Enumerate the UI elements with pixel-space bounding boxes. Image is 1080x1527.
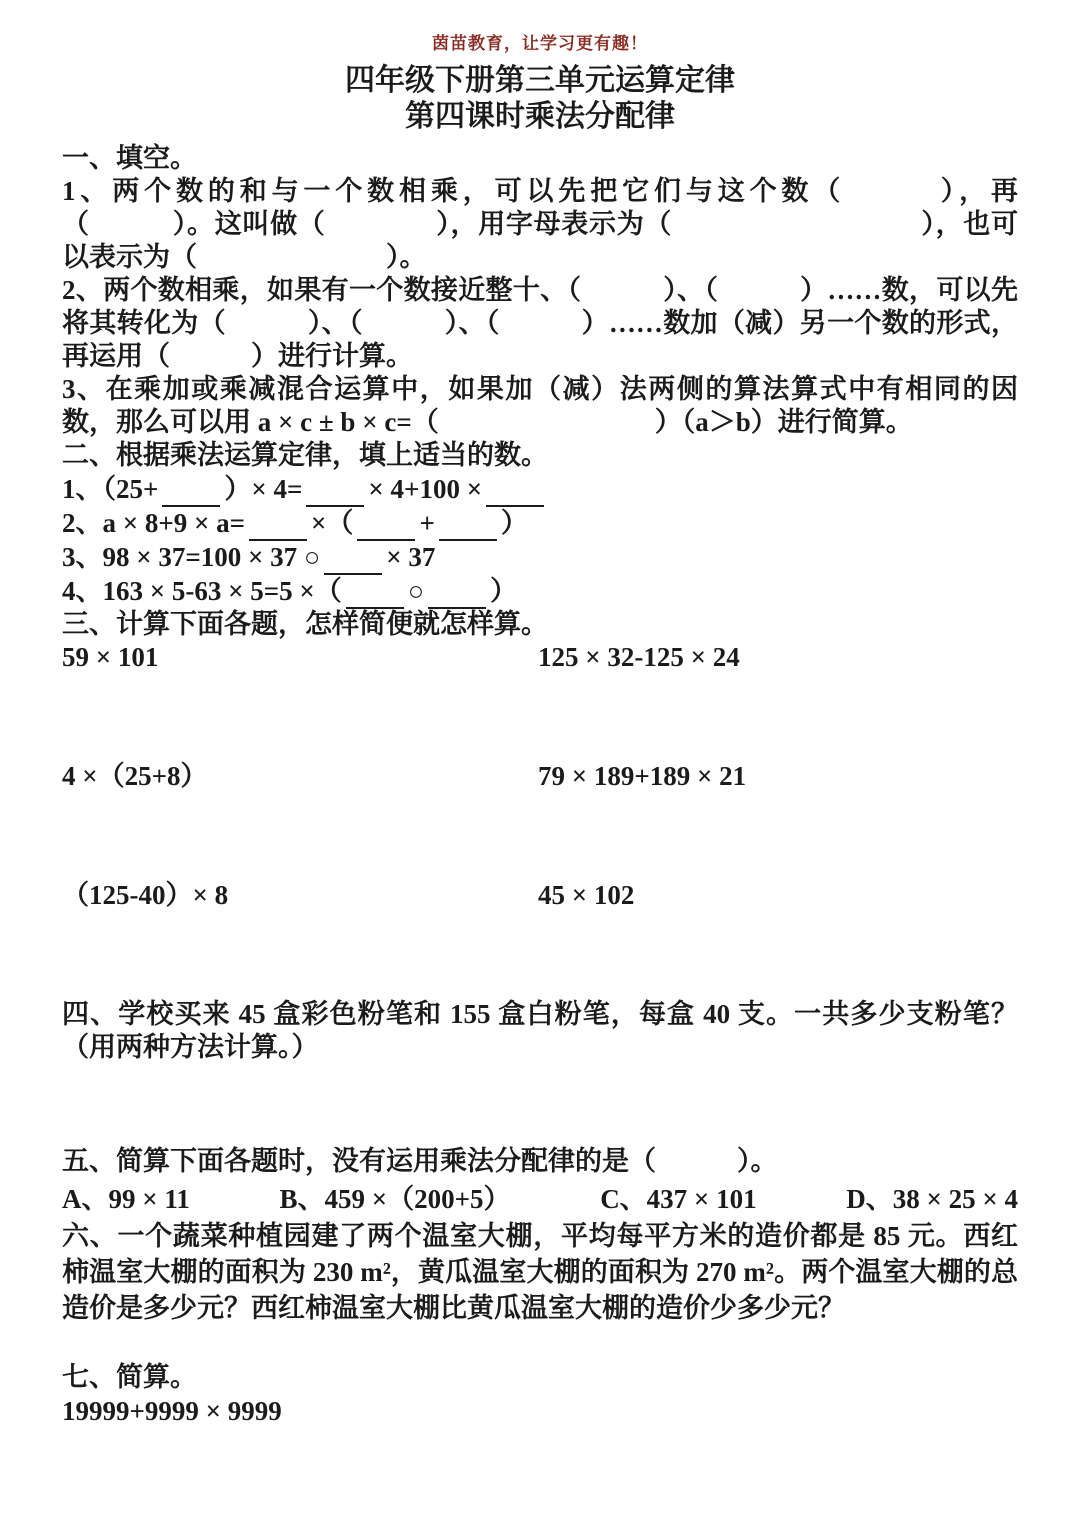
section2-question-4: 4、163 × 5-63 × 5=5 ×（○） <box>62 574 1018 608</box>
formula-text: ） <box>501 508 528 538</box>
calc-problem-6: 45 × 102 <box>538 879 1018 998</box>
worksheet-subtitle: 第四课时乘法分配律 <box>0 100 1080 134</box>
section7-heading: 七、简算。 <box>62 1361 1018 1394</box>
calculation-grid: 59 × 101 125 × 32-125 × 24 4 ×（25+8） 79 … <box>62 641 1018 998</box>
answer-blank <box>439 515 497 541</box>
calc-problem-1: 59 × 101 <box>62 641 538 760</box>
formula-text: × 37 <box>386 542 435 572</box>
section5-heading: 五、简算下面各题时，没有运用乘法分配律的是（ ）。 <box>62 1142 1018 1180</box>
choice-option-c: C、437 × 101 <box>600 1180 756 1218</box>
answer-blank <box>306 481 364 507</box>
section1-question-1: 1、两个数的和与一个数相乘，可以先把它们与这个数（ ），再（ ）。这叫做（ ），… <box>62 175 1018 274</box>
answer-blank <box>346 583 404 609</box>
formula-text: × 4+100 × <box>368 474 482 504</box>
formula-text: + <box>419 508 434 538</box>
section1-question-3: 3、在乘加或乘减混合运算中，如果加（减）法两侧的算法算式中有相同的因数，那么可以… <box>62 373 1018 439</box>
formula-text: ） <box>490 576 517 606</box>
formula-text: ）× 4= <box>224 474 302 504</box>
section3-heading: 三、计算下面各题，怎样简便就怎样算。 <box>62 608 1018 641</box>
calc-problem-3: 4 ×（25+8） <box>62 760 538 879</box>
brand-slogan: 茵苗教育，让学习更有趣！ <box>0 0 1080 54</box>
formula-text: 3、98 × 37=100 × 37 ○ <box>62 542 320 572</box>
worksheet-page: 茵苗教育，让学习更有趣！ 四年级下册第三单元运算定律 第四课时乘法分配律 一、填… <box>0 0 1080 1527</box>
worksheet-body: 一、填空。 1、两个数的和与一个数相乘，可以先把它们与这个数（ ），再（ ）。这… <box>62 142 1018 1428</box>
section2-question-2: 2、a × 8+9 × a=×（+） <box>62 506 1018 540</box>
answer-blank <box>486 481 544 507</box>
worksheet-title: 四年级下册第三单元运算定律 <box>0 64 1080 98</box>
choice-option-a: A、99 × 11 <box>62 1180 190 1218</box>
formula-text: 1、（25+ <box>62 474 158 504</box>
answer-blank <box>357 515 415 541</box>
choice-option-b: B、459 ×（200+5） <box>280 1180 511 1218</box>
formula-text: 2、a × 8+9 × a= <box>62 508 245 538</box>
section2-heading: 二、根据乘法运算定律，填上适当的数。 <box>62 439 1018 472</box>
section2-question-1: 1、（25+）× 4=× 4+100 × <box>62 472 1018 506</box>
section4-question: 四、学校买来 45 盒彩色粉笔和 155 盒白粉笔，每盒 40 支。一共多少支粉… <box>62 998 1018 1064</box>
calc-problem-5: （125-40）× 8 <box>62 879 538 998</box>
answer-blank <box>249 515 307 541</box>
calc-problem-4: 79 × 189+189 × 21 <box>538 760 1018 879</box>
answer-blank <box>324 549 382 575</box>
working-space <box>62 1064 1018 1142</box>
answer-blank <box>428 583 486 609</box>
choice-option-d: D、38 × 25 × 4 <box>846 1180 1018 1218</box>
section6-question: 六、一个蔬菜种植园建了两个温室大棚，平均每平方米的造价都是 85 元。西红柿温室… <box>62 1218 1018 1326</box>
section2-question-3: 3、98 × 37=100 × 37 ○× 37 <box>62 540 1018 574</box>
section7-expression: 19999+9999 × 9999 <box>62 1394 1018 1428</box>
calc-problem-2: 125 × 32-125 × 24 <box>538 641 1018 760</box>
answer-blank <box>162 481 220 507</box>
formula-text: ×（ <box>311 508 353 538</box>
section1-heading: 一、填空。 <box>62 142 1018 175</box>
formula-text: 4、163 × 5-63 × 5=5 ×（ <box>62 576 342 606</box>
choice-options-row: A、99 × 11 B、459 ×（200+5） C、437 × 101 D、3… <box>62 1180 1018 1218</box>
formula-text: ○ <box>408 576 424 606</box>
section1-question-2: 2、两个数相乘，如果有一个数接近整十、（ ）、（ ）……数，可以先将其转化为（ … <box>62 274 1018 373</box>
